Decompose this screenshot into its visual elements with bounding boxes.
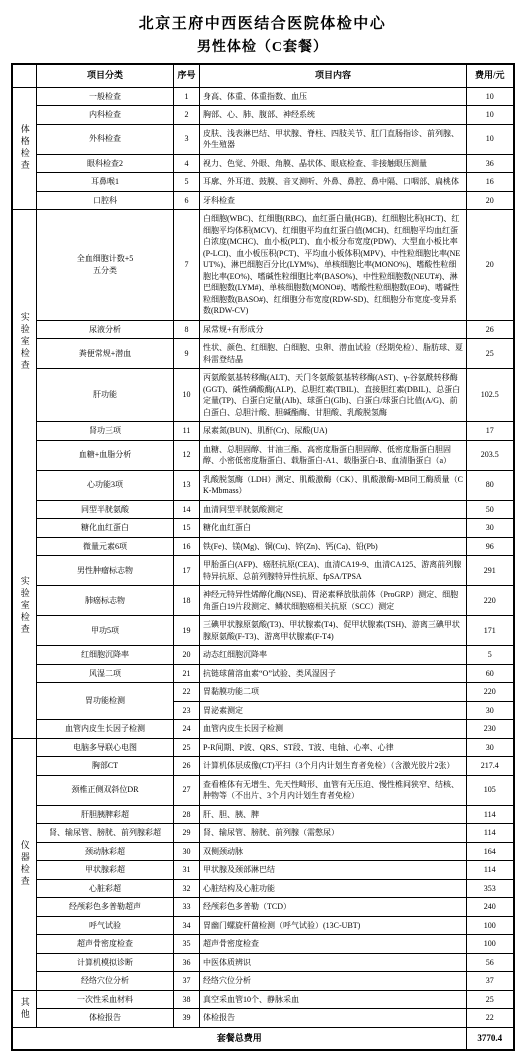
category-cell: 计算机模拟诊断 [37,953,174,972]
group-label-cell: 体格检查 [12,87,37,210]
index-cell: 33 [174,898,200,917]
category-cell: 一般检查 [37,87,174,106]
category-cell: 甲功5项 [37,616,174,646]
category-cell: 颈椎正侧双斜位DR [37,775,174,805]
fee-cell: 10 [467,87,514,106]
content-cell: P-R间期、P波、QRS、ST段、T波、电轴、心率、心律 [200,738,467,757]
table-row: 其他一次性采血材料38真空采血管10个、静脉采血25 [12,990,514,1009]
content-cell: 胃泌素测定 [200,701,467,720]
fee-cell: 102.5 [467,369,514,422]
table-row: 实验室检查实验室检查全血细胞计数+5 五分类7白细胞(WBC)、红细胞(RBC)… [12,210,514,321]
group-label-cell: 其他 [12,990,37,1027]
group-label: 仪器检查 [20,840,29,888]
content-cell: 心脏结构及心脏功能 [200,879,467,898]
index-cell: 13 [174,470,200,500]
index-cell: 2 [174,106,200,125]
index-cell: 25 [174,738,200,757]
fee-cell: 100 [467,935,514,954]
content-cell: 甲状腺及颈部淋巴结 [200,861,467,880]
content-cell: 肾、输尿管、膀胱、前列腺（需憋尿） [200,824,467,843]
fee-cell: 60 [467,664,514,683]
table-row: 粪便常规+潜血9性状、颜色、红细胞、白细胞、虫卵、潜血试验（经期免检）、脂肪球、… [12,339,514,369]
index-cell: 24 [174,720,200,739]
fee-cell: 16 [467,173,514,192]
table-row: 体检报告39体检报告22 [12,1009,514,1028]
fee-cell: 50 [467,500,514,519]
table-row: 红细胞沉降率20动态红细胞沉降率5 [12,646,514,665]
category-cell: 尿液分析 [37,320,174,339]
fee-cell: 37 [467,972,514,991]
category-cell: 红细胞沉降率 [37,646,174,665]
index-cell: 15 [174,519,200,538]
index-cell: 29 [174,824,200,843]
content-cell: 身高、体重、体重指数、血压 [200,87,467,106]
fee-cell: 203.5 [467,440,514,470]
category-cell: 电脑多导联心电图 [37,738,174,757]
fee-cell: 114 [467,861,514,880]
fee-cell: 100 [467,916,514,935]
category-cell: 胸部CT [37,757,174,776]
category-cell: 肝功能 [37,369,174,422]
index-cell: 19 [174,616,200,646]
group-label: 其他 [20,997,29,1021]
fee-cell: 230 [467,720,514,739]
table-row: 呼气试验34胃幽门螺旋杆菌检测（呼气试验）(13C-UBT)100 [12,916,514,935]
group-label-wrap: 实验室检查实验室检查 [13,210,37,738]
category-cell: 外科检查 [37,124,174,154]
content-cell: 真空采血管10个、静脉采血 [200,990,467,1009]
category-cell: 肾、输尿管、膀胱、前列腺彩超 [37,824,174,843]
table-row: 颈动脉彩超30双侧颈动脉164 [12,842,514,861]
table-row: 口腔科6牙科检查20 [12,191,514,210]
index-cell: 8 [174,320,200,339]
exam-items-table: 项目分类 序号 项目内容 费用/元 体格检查一般检查1身高、体重、体重指数、血压… [11,63,515,1051]
category-cell: 颈动脉彩超 [37,842,174,861]
fee-cell: 171 [467,616,514,646]
category-cell: 超声骨密度检查 [37,935,174,954]
table-row: 尿液分析8尿常规+有形成分26 [12,320,514,339]
content-cell: 经络穴位分析 [200,972,467,991]
category-cell: 粪便常规+潜血 [37,339,174,369]
table-row: 经颅彩色多普勒超声33经颅彩色多普勒（TCD）240 [12,898,514,917]
content-cell: 抗链球菌溶血素“O”试验、类风湿因子 [200,664,467,683]
index-cell: 28 [174,805,200,824]
document-title: 北京王府中西医结合医院体检中心 [0,12,525,33]
index-cell: 23 [174,701,200,720]
fee-cell: 30 [467,519,514,538]
header-fee: 费用/元 [467,64,514,87]
table-row: 肾、输尿管、膀胱、前列腺彩超29肾、输尿管、膀胱、前列腺（需憋尿）114 [12,824,514,843]
fee-cell: 114 [467,824,514,843]
index-cell: 7 [174,210,200,321]
table-row: 肝胆胰脾彩超28肝、胆、胰、脾114 [12,805,514,824]
category-cell: 甲状腺彩超 [37,861,174,880]
index-cell: 10 [174,369,200,422]
content-cell: 血糖、总胆固醇、甘油三酯、高密度脂蛋白胆固醇、低密度脂蛋白胆固醇、小密低密度脂蛋… [200,440,467,470]
index-cell: 38 [174,990,200,1009]
index-cell: 34 [174,916,200,935]
table-row: 肾功三项11尿素氮(BUN)、肌酐(Cr)、尿酸(UA)17 [12,422,514,441]
content-cell: 中医体质辨识 [200,953,467,972]
table-row: 同型半胱氨酸14血清同型半胱氨酸测定50 [12,500,514,519]
fee-cell: 10 [467,124,514,154]
content-cell: 查看椎体有无增生、先天性畸形、血管有无压迫、慢性椎间狭窄、结核、肿物等（不出片、… [200,775,467,805]
category-cell: 体检报告 [37,1009,174,1028]
table-row: 经络穴位分析37经络穴位分析37 [12,972,514,991]
category-cell: 男性肿瘤标志物 [37,556,174,586]
table-row: 甲状腺彩超31甲状腺及颈部淋巴结114 [12,861,514,880]
content-cell: 视力、色觉、外眼、角膜、晶状体、眼底检查、非接触眼压测量 [200,154,467,173]
index-cell: 11 [174,422,200,441]
index-cell: 27 [174,775,200,805]
header-content: 项目内容 [200,64,467,87]
category-cell: 微量元素6项 [37,537,174,556]
fee-cell: 26 [467,320,514,339]
content-cell: 三碘甲状腺原氨酸(T3)、甲状腺素(T4)、促甲状腺素(TSH)、游离三碘甲状腺… [200,616,467,646]
content-cell: 双侧颈动脉 [200,842,467,861]
table-row: 血糖+血脂分析12血糖、总胆固醇、甘油三酯、高密度脂蛋白胆固醇、低密度脂蛋白胆固… [12,440,514,470]
fee-cell: 291 [467,556,514,586]
content-cell: 动态红细胞沉降率 [200,646,467,665]
fee-cell: 217.4 [467,757,514,776]
total-fee: 3770.4 [467,1027,514,1050]
fee-cell: 30 [467,701,514,720]
index-cell: 37 [174,972,200,991]
category-cell: 一次性采血材料 [37,990,174,1009]
table-row: 超声骨密度检查35超声骨密度检查100 [12,935,514,954]
index-cell: 35 [174,935,200,954]
fee-cell: 25 [467,339,514,369]
category-cell: 血管内皮生长因子检测 [37,720,174,739]
content-cell: 丙氨酸氨基转移酶(ALT)、天门冬氨酸氨基转移酶(AST)、γ-谷氨酰转移酶(G… [200,369,467,422]
group-label: 实验室检查 [20,312,29,372]
fee-cell: 56 [467,953,514,972]
content-cell: 尿常规+有形成分 [200,320,467,339]
group-label-wrap: 仪器检查 [13,739,37,990]
category-cell: 糖化血红蛋白 [37,519,174,538]
fee-cell: 240 [467,898,514,917]
fee-cell: 114 [467,805,514,824]
fee-cell: 80 [467,470,514,500]
table-row: 计算机模拟诊断36中医体质辨识56 [12,953,514,972]
total-label: 套餐总费用 [12,1027,467,1050]
group-label-cell: 仪器检查 [12,738,37,990]
category-cell: 耳鼻喉1 [37,173,174,192]
content-cell: 超声骨密度检查 [200,935,467,954]
fee-cell: 220 [467,683,514,702]
fee-cell: 20 [467,191,514,210]
fee-cell: 30 [467,738,514,757]
group-label: 实验室检查 [20,576,29,636]
index-cell: 5 [174,173,200,192]
category-cell: 眼科检查2 [37,154,174,173]
table-row: 体格检查一般检查1身高、体重、体重指数、血压10 [12,87,514,106]
table-row: 男性肿瘤标志物17甲胎蛋白(AFP)、癌胚抗原(CEA)、血清CA19-9、血清… [12,556,514,586]
document-page: 北京王府中西医结合医院体检中心 男性体检（C套餐） 项目分类 序号 项目内容 费… [0,0,525,1051]
index-cell: 6 [174,191,200,210]
index-cell: 39 [174,1009,200,1028]
category-cell: 肝胆胰脾彩超 [37,805,174,824]
category-cell: 呼气试验 [37,916,174,935]
table-row: 外科检查3皮肤、浅表淋巴结、甲状腺、脊柱、四肢关节、肛门直肠指诊、前列腺、外生殖… [12,124,514,154]
fee-cell: 5 [467,646,514,665]
header-index: 序号 [174,64,200,87]
fee-cell: 25 [467,990,514,1009]
index-cell: 12 [174,440,200,470]
index-cell: 14 [174,500,200,519]
table-row: 血管内皮生长因子检测24血管内皮生长因子检测230 [12,720,514,739]
table-row: 眼科检查24视力、色觉、外眼、角膜、晶状体、眼底检查、非接触眼压测量36 [12,154,514,173]
table-row: 甲功5项19三碘甲状腺原氨酸(T3)、甲状腺素(T4)、促甲状腺素(TSH)、游… [12,616,514,646]
fee-cell: 36 [467,154,514,173]
index-cell: 20 [174,646,200,665]
fee-cell: 17 [467,422,514,441]
content-cell: 胃黏膜功能二项 [200,683,467,702]
index-cell: 17 [174,556,200,586]
content-cell: 经颅彩色多普勒（TCD） [200,898,467,917]
header-corner-cell [12,64,37,87]
content-cell: 糖化血红蛋白 [200,519,467,538]
index-cell: 32 [174,879,200,898]
group-label-cell: 实验室检查实验室检查 [12,210,37,739]
category-cell: 肺癌标志物 [37,586,174,616]
category-cell: 心脏彩超 [37,879,174,898]
content-cell: 胃幽门螺旋杆菌检测（呼气试验）(13C-UBT) [200,916,467,935]
group-label: 体格检查 [20,124,29,172]
table-row: 仪器检查电脑多导联心电图25P-R间期、P波、QRS、ST段、T波、电轴、心率、… [12,738,514,757]
category-cell: 经络穴位分析 [37,972,174,991]
content-cell: 神经元特异性烯醇化酶(NSE)、胃泌素释放肽前体（ProGRP）测定、细胞角蛋白… [200,586,467,616]
content-cell: 计算机体层成像(CT)平扫（3个月内计划生育者免检）（含激光胶片2张） [200,757,467,776]
table-row: 胸部CT26计算机体层成像(CT)平扫（3个月内计划生育者免检）（含激光胶片2张… [12,757,514,776]
index-cell: 30 [174,842,200,861]
total-row: 套餐总费用 3770.4 [12,1027,514,1050]
index-cell: 9 [174,339,200,369]
content-cell: 体检报告 [200,1009,467,1028]
category-cell: 同型半胱氨酸 [37,500,174,519]
table-row: 心脏彩超32心脏结构及心脏功能353 [12,879,514,898]
content-cell: 白细胞(WBC)、红细胞(RBC)、血红蛋白量(HGB)、红细胞比积(HCT)、… [200,210,467,321]
table-header-row: 项目分类 序号 项目内容 费用/元 [12,64,514,87]
index-cell: 31 [174,861,200,880]
fee-cell: 22 [467,1009,514,1028]
table-row: 微量元素6项16铁(Fe)、镁(Mg)、铜(Cu)、锌(Zn)、钙(Ca)、铅(… [12,537,514,556]
category-cell: 风湿二项 [37,664,174,683]
content-cell: 胸部、心、肺、腹部、神经系统 [200,106,467,125]
index-cell: 1 [174,87,200,106]
table-row: 肺癌标志物18神经元特异性烯醇化酶(NSE)、胃泌素释放肽前体（ProGRP）测… [12,586,514,616]
table-row: 胃功能检测22胃黏膜功能二项220 [12,683,514,702]
content-cell: 性状、颜色、红细胞、白细胞、虫卵、潜血试验（经期免检）、脂肪球、夏科雷登结晶 [200,339,467,369]
content-cell: 甲胎蛋白(AFP)、癌胚抗原(CEA)、血清CA19-9、血清CA125、游离前… [200,556,467,586]
group-label-wrap: 其他 [13,991,37,1027]
fee-cell: 353 [467,879,514,898]
index-cell: 21 [174,664,200,683]
table-row: 内科检查2胸部、心、肺、腹部、神经系统10 [12,106,514,125]
table-row: 耳鼻喉15耳廓、外耳道、鼓膜、音叉测听、外鼻、鼻腔、鼻中隔、口咽部、扁桃体16 [12,173,514,192]
fee-cell: 105 [467,775,514,805]
group-label-wrap: 体格检查 [13,88,37,210]
fee-cell: 20 [467,210,514,321]
content-cell: 皮肤、浅表淋巴结、甲状腺、脊柱、四肢关节、肛门直肠指诊、前列腺、外生殖器 [200,124,467,154]
category-cell: 内科检查 [37,106,174,125]
category-cell: 肾功三项 [37,422,174,441]
category-cell: 经颅彩色多普勒超声 [37,898,174,917]
content-cell: 耳廓、外耳道、鼓膜、音叉测听、外鼻、鼻腔、鼻中隔、口咽部、扁桃体 [200,173,467,192]
index-cell: 3 [174,124,200,154]
fee-cell: 164 [467,842,514,861]
index-cell: 18 [174,586,200,616]
content-cell: 乳酸脱氢酶（LDH）测定、肌酸激酶（CK）、肌酸激酶-MB同工酶质量（CK-Mb… [200,470,467,500]
fee-cell: 220 [467,586,514,616]
index-cell: 26 [174,757,200,776]
table-row: 心功能3项13乳酸脱氢酶（LDH）测定、肌酸激酶（CK）、肌酸激酶-MB同工酶质… [12,470,514,500]
category-cell: 全血细胞计数+5 五分类 [37,210,174,321]
index-cell: 36 [174,953,200,972]
index-cell: 22 [174,683,200,702]
content-cell: 铁(Fe)、镁(Mg)、铜(Cu)、锌(Zn)、钙(Ca)、铅(Pb) [200,537,467,556]
fee-cell: 10 [467,106,514,125]
header-category: 项目分类 [37,64,174,87]
category-cell: 胃功能检测 [37,683,174,720]
content-cell: 血管内皮生长因子检测 [200,720,467,739]
content-cell: 牙科检查 [200,191,467,210]
content-cell: 肝、胆、胰、脾 [200,805,467,824]
table-row: 肝功能10丙氨酸氨基转移酶(ALT)、天门冬氨酸氨基转移酶(AST)、γ-谷氨酰… [12,369,514,422]
table-row: 颈椎正侧双斜位DR27查看椎体有无增生、先天性畸形、血管有无压迫、慢性椎间狭窄、… [12,775,514,805]
table-row: 风湿二项21抗链球菌溶血素“O”试验、类风湿因子60 [12,664,514,683]
category-cell: 口腔科 [37,191,174,210]
document-subtitle: 男性体检（C套餐） [0,36,525,56]
index-cell: 16 [174,537,200,556]
fee-cell: 96 [467,537,514,556]
category-cell: 心功能3项 [37,470,174,500]
category-cell: 血糖+血脂分析 [37,440,174,470]
table-row: 糖化血红蛋白15糖化血红蛋白30 [12,519,514,538]
content-cell: 尿素氮(BUN)、肌酐(Cr)、尿酸(UA) [200,422,467,441]
index-cell: 4 [174,154,200,173]
content-cell: 血清同型半胱氨酸测定 [200,500,467,519]
